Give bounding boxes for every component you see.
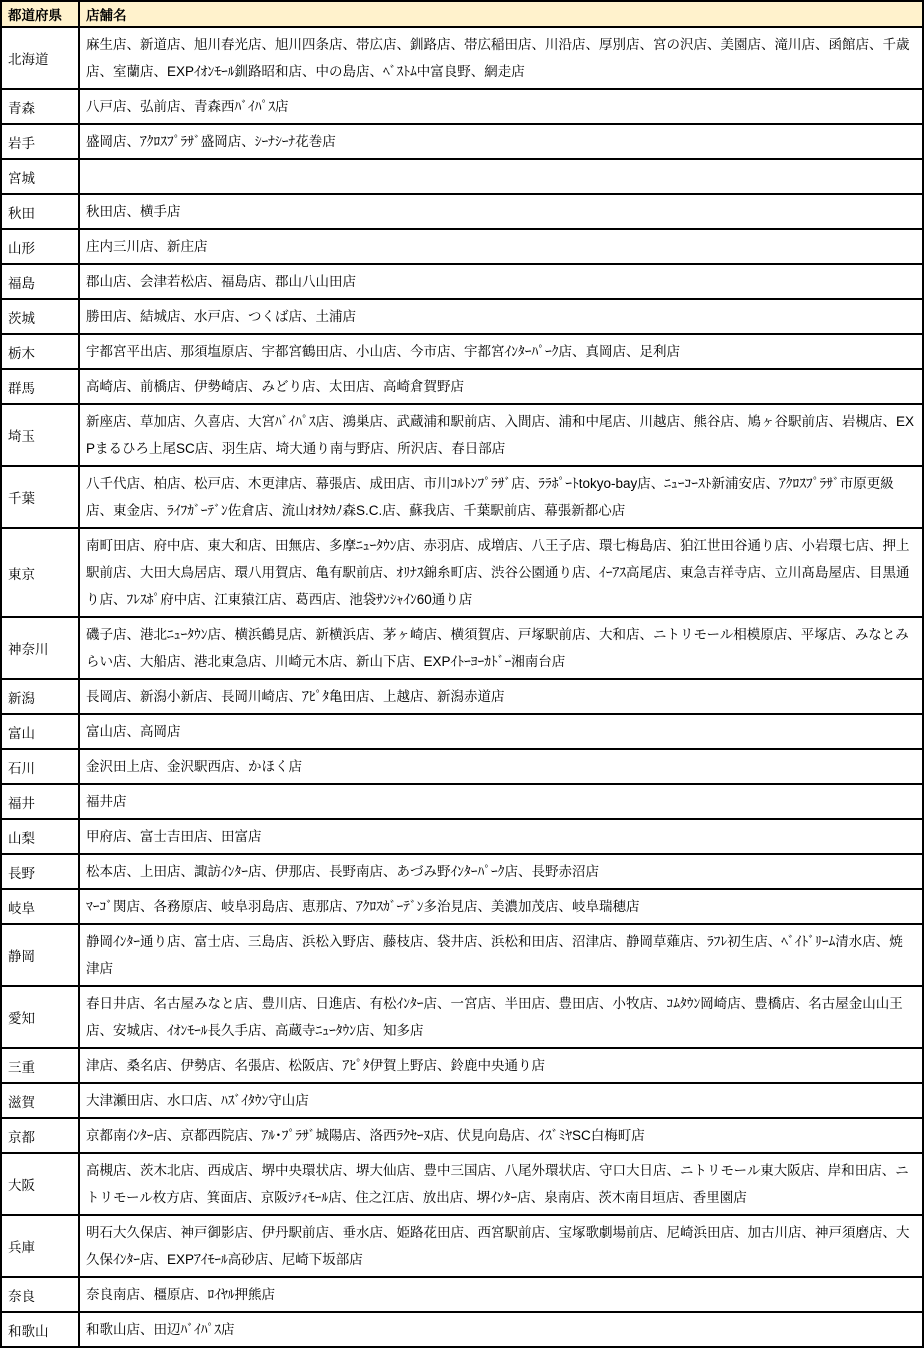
prefecture-cell: 北海道 [1,27,79,89]
column-header-prefecture: 都道府県 [1,1,79,27]
stores-cell: 津店、桑名店、伊勢店、名張店、松阪店、ｱﾋﾟﾀ伊賀上野店、鈴鹿中央通り店 [79,1048,923,1083]
stores-cell: 和歌山店、田辺ﾊﾞｲﾊﾟｽ店 [79,1312,923,1347]
stores-cell: ﾏｰｺﾞ関店、各務原店、岐阜羽島店、恵那店、ｱｸﾛｽｶﾞｰﾃﾞﾝ多治見店、美濃加… [79,889,923,924]
stores-cell: 盛岡店、ｱｸﾛｽﾌﾟﾗｻﾞ盛岡店、ｼｰﾅｼｰﾅ花巻店 [79,124,923,159]
table-row: 奈良 奈良南店、橿原店、ﾛｲﾔﾙ押熊店 [1,1277,923,1312]
stores-cell: 長岡店、新潟小新店、長岡川崎店、ｱﾋﾟﾀ亀田店、上越店、新潟赤道店 [79,679,923,714]
stores-cell [79,159,923,194]
stores-cell: 郡山店、会津若松店、福島店、郡山八山田店 [79,264,923,299]
stores-cell: 秋田店、横手店 [79,194,923,229]
prefecture-store-table: 都道府県 店舗名 北海道 麻生店、新道店、旭川春光店、旭川四条店、帯広店、釧路店… [0,0,924,1348]
stores-cell: 富山店、高岡店 [79,714,923,749]
prefecture-cell: 山形 [1,229,79,264]
table-row: 福井 福井店 [1,784,923,819]
table-row: 愛知 春日井店、名古屋みなと店、豊川店、日進店、有松ｲﾝﾀｰ店、一宮店、半田店、… [1,986,923,1048]
stores-cell: 高崎店、前橋店、伊勢崎店、みどり店、太田店、高崎倉賀野店 [79,369,923,404]
table-row: 千葉 八千代店、柏店、松戸店、木更津店、幕張店、成田店、市川ｺﾙﾄﾝﾌﾟﾗｻﾞ店… [1,466,923,528]
prefecture-cell: 宮城 [1,159,79,194]
table-row: 兵庫 明石大久保店、神戸御影店、伊丹駅前店、垂水店、姫路花田店、西宮駅前店、宝塚… [1,1215,923,1277]
stores-cell: 高槻店、茨木北店、西成店、堺中央環状店、堺大仙店、豊中三国店、八尾外環状店、守口… [79,1153,923,1215]
prefecture-cell: 滋賀 [1,1083,79,1118]
table-row: 北海道 麻生店、新道店、旭川春光店、旭川四条店、帯広店、釧路店、帯広稲田店、川沿… [1,27,923,89]
prefecture-cell: 栃木 [1,334,79,369]
table-row: 栃木 宇都宮平出店、那須塩原店、宇都宮鶴田店、小山店、今市店、宇都宮ｲﾝﾀｰﾊﾟ… [1,334,923,369]
table-row: 神奈川 磯子店、港北ﾆｭｰﾀｳﾝ店、横浜鶴見店、新横浜店、茅ヶ崎店、横須賀店、戸… [1,617,923,679]
stores-cell: 松本店、上田店、諏訪ｲﾝﾀｰ店、伊那店、長野南店、あづみ野ｲﾝﾀｰﾊﾟｰｸ店、長… [79,854,923,889]
table-row: 滋賀 大津瀬田店、水口店、ﾊｽﾞｲﾀｳﾝ守山店 [1,1083,923,1118]
stores-cell: 勝田店、結城店、水戸店、つくば店、土浦店 [79,299,923,334]
stores-cell: 静岡ｲﾝﾀｰ通り店、富士店、三島店、浜松入野店、藤枝店、袋井店、浜松和田店、沼津… [79,924,923,986]
stores-cell: 金沢田上店、金沢駅西店、かほく店 [79,749,923,784]
stores-cell: 麻生店、新道店、旭川春光店、旭川四条店、帯広店、釧路店、帯広稲田店、川沿店、厚別… [79,27,923,89]
prefecture-cell: 長野 [1,854,79,889]
prefecture-cell: 和歌山 [1,1312,79,1347]
table-header-row: 都道府県 店舗名 [1,1,923,27]
stores-cell: 南町田店、府中店、東大和店、田無店、多摩ﾆｭｰﾀｳﾝ店、赤羽店、成増店、八王子店… [79,528,923,617]
table-row: 青森 八戸店、弘前店、青森西ﾊﾞｲﾊﾟｽ店 [1,89,923,124]
table-row: 福島 郡山店、会津若松店、福島店、郡山八山田店 [1,264,923,299]
prefecture-cell: 福井 [1,784,79,819]
prefecture-cell: 秋田 [1,194,79,229]
stores-cell: 磯子店、港北ﾆｭｰﾀｳﾝ店、横浜鶴見店、新横浜店、茅ヶ崎店、横須賀店、戸塚駅前店… [79,617,923,679]
prefecture-cell: 三重 [1,1048,79,1083]
table-row: 秋田 秋田店、横手店 [1,194,923,229]
prefecture-cell: 大阪 [1,1153,79,1215]
table-row: 東京 南町田店、府中店、東大和店、田無店、多摩ﾆｭｰﾀｳﾝ店、赤羽店、成増店、八… [1,528,923,617]
stores-cell: 新座店、草加店、久喜店、大宮ﾊﾞｲﾊﾟｽ店、鴻巣店、武蔵浦和駅前店、入間店、浦和… [79,404,923,466]
table-row: 長野 松本店、上田店、諏訪ｲﾝﾀｰ店、伊那店、長野南店、あづみ野ｲﾝﾀｰﾊﾟｰｸ… [1,854,923,889]
column-header-stores: 店舗名 [79,1,923,27]
stores-cell: 福井店 [79,784,923,819]
stores-cell: 春日井店、名古屋みなと店、豊川店、日進店、有松ｲﾝﾀｰ店、一宮店、半田店、豊田店… [79,986,923,1048]
prefecture-cell: 東京 [1,528,79,617]
stores-cell: 奈良南店、橿原店、ﾛｲﾔﾙ押熊店 [79,1277,923,1312]
stores-cell: 明石大久保店、神戸御影店、伊丹駅前店、垂水店、姫路花田店、西宮駅前店、宝塚歌劇場… [79,1215,923,1277]
stores-cell: 庄内三川店、新庄店 [79,229,923,264]
prefecture-cell: 青森 [1,89,79,124]
stores-cell: 甲府店、富士吉田店、田富店 [79,819,923,854]
table-row: 岐阜 ﾏｰｺﾞ関店、各務原店、岐阜羽島店、恵那店、ｱｸﾛｽｶﾞｰﾃﾞﾝ多治見店、… [1,889,923,924]
stores-cell: 大津瀬田店、水口店、ﾊｽﾞｲﾀｳﾝ守山店 [79,1083,923,1118]
table-row: 岩手 盛岡店、ｱｸﾛｽﾌﾟﾗｻﾞ盛岡店、ｼｰﾅｼｰﾅ花巻店 [1,124,923,159]
prefecture-cell: 岐阜 [1,889,79,924]
stores-cell: 八千代店、柏店、松戸店、木更津店、幕張店、成田店、市川ｺﾙﾄﾝﾌﾟﾗｻﾞ店、ﾗﾗ… [79,466,923,528]
prefecture-cell: 茨城 [1,299,79,334]
table-row: 群馬 高崎店、前橋店、伊勢崎店、みどり店、太田店、高崎倉賀野店 [1,369,923,404]
table-row: 石川 金沢田上店、金沢駅西店、かほく店 [1,749,923,784]
prefecture-cell: 富山 [1,714,79,749]
table-row: 和歌山 和歌山店、田辺ﾊﾞｲﾊﾟｽ店 [1,1312,923,1347]
table-row: 埼玉 新座店、草加店、久喜店、大宮ﾊﾞｲﾊﾟｽ店、鴻巣店、武蔵浦和駅前店、入間店… [1,404,923,466]
stores-cell: 八戸店、弘前店、青森西ﾊﾞｲﾊﾟｽ店 [79,89,923,124]
stores-cell: 京都南ｲﾝﾀｰ店、京都西院店、ｱﾙ･ﾌﾟﾗｻﾞ城陽店、洛西ﾗｸｾｰﾇ店、伏見向島… [79,1118,923,1153]
prefecture-cell: 新潟 [1,679,79,714]
table-row: 大阪 高槻店、茨木北店、西成店、堺中央環状店、堺大仙店、豊中三国店、八尾外環状店… [1,1153,923,1215]
table-row: 新潟 長岡店、新潟小新店、長岡川崎店、ｱﾋﾟﾀ亀田店、上越店、新潟赤道店 [1,679,923,714]
table-row: 富山 富山店、高岡店 [1,714,923,749]
table-row: 京都 京都南ｲﾝﾀｰ店、京都西院店、ｱﾙ･ﾌﾟﾗｻﾞ城陽店、洛西ﾗｸｾｰﾇ店、伏… [1,1118,923,1153]
table-row: 三重 津店、桑名店、伊勢店、名張店、松阪店、ｱﾋﾟﾀ伊賀上野店、鈴鹿中央通り店 [1,1048,923,1083]
stores-cell: 宇都宮平出店、那須塩原店、宇都宮鶴田店、小山店、今市店、宇都宮ｲﾝﾀｰﾊﾟｰｸ店… [79,334,923,369]
prefecture-cell: 静岡 [1,924,79,986]
prefecture-cell: 兵庫 [1,1215,79,1277]
prefecture-cell: 石川 [1,749,79,784]
table-row: 山梨 甲府店、富士吉田店、田富店 [1,819,923,854]
prefecture-cell: 群馬 [1,369,79,404]
prefecture-cell: 埼玉 [1,404,79,466]
table-row: 茨城 勝田店、結城店、水戸店、つくば店、土浦店 [1,299,923,334]
prefecture-cell: 神奈川 [1,617,79,679]
prefecture-cell: 福島 [1,264,79,299]
table-row: 静岡 静岡ｲﾝﾀｰ通り店、富士店、三島店、浜松入野店、藤枝店、袋井店、浜松和田店… [1,924,923,986]
table-row: 宮城 [1,159,923,194]
prefecture-cell: 愛知 [1,986,79,1048]
prefecture-cell: 山梨 [1,819,79,854]
prefecture-cell: 奈良 [1,1277,79,1312]
prefecture-cell: 岩手 [1,124,79,159]
table-row: 山形 庄内三川店、新庄店 [1,229,923,264]
prefecture-cell: 千葉 [1,466,79,528]
prefecture-cell: 京都 [1,1118,79,1153]
